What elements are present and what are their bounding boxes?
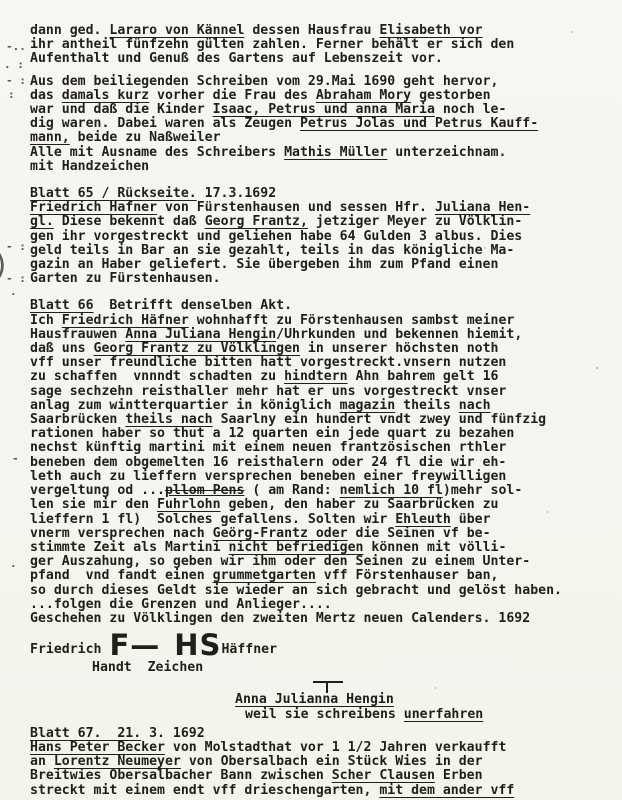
text-line: gen ihr vorgestreckt und geliehen habe 6…: [30, 230, 606, 244]
text-line: mann, beide zu Naßweiler: [30, 131, 606, 145]
handmark-cross-icon: [313, 681, 343, 683]
text-segment: vergeltung od ...: [30, 483, 165, 498]
signer-last-name: Häffner: [221, 643, 277, 658]
text-segment: Ahn bahrem gelt 16: [348, 369, 499, 384]
text-segment: zu schaffen vnnndt schadten zu: [30, 369, 284, 384]
text-segment: wohnhafft zu Förstenhausen sambst meiner: [189, 313, 515, 328]
text-segment: Breitwies Obersalbacher Bann zwischen: [30, 768, 332, 783]
text-segment: Diese bekennt daß: [54, 214, 205, 229]
text-line: sage sechzehn reisthaller mehr hat er un…: [30, 385, 606, 399]
text-segment: dessen Hausfrau: [244, 23, 379, 38]
text-segment: Aus dem beiliegenden Schreiben vom 29.Ma…: [30, 74, 498, 89]
underlined-text: Friedrich Häfner: [62, 313, 189, 328]
underlined-text: Friedrich Hafner: [30, 200, 157, 215]
text-line: stimmte Zeit als Martini nicht befriedig…: [30, 541, 606, 555]
text-segment: 3. 1692: [141, 726, 205, 741]
text-segment: gen ihr vorgestreckt und geliehen habe 6…: [30, 229, 522, 244]
text-segment: ger Auszahung, so geben wir ihm oder den…: [30, 554, 530, 569]
text-segment: geld teils in Bar an sie gezahlt, teils …: [30, 243, 514, 258]
signer-first-name: Friedrich: [30, 643, 101, 658]
text-line: Garten zu Fürstenhausen.: [30, 272, 606, 286]
text-line: Ich Friedrich Häfner wohnhafft zu Förste…: [30, 314, 606, 328]
text-segment: Hausfrauwen: [30, 327, 125, 342]
text-segment: 17.3.1692: [197, 186, 276, 201]
underlined-text: nach: [459, 398, 491, 413]
paragraph-schreiben-1690: Aus dem beiliegenden Schreiben vom 29.Ma…: [30, 75, 606, 174]
text-segment: die Seinen vf be-: [348, 526, 491, 541]
text-line: mit Handzeichen: [30, 160, 606, 174]
text-line: gazin an Haber geliefert. Sie übergeben …: [30, 258, 606, 272]
text-segment: pfand vnd fandt einen: [30, 568, 213, 583]
text-segment: anlag zum wintterquartier in königlich: [30, 398, 340, 413]
underlined-text: Anna Juliana Hengin: [125, 327, 276, 342]
text-segment: )mehr sol-: [443, 483, 522, 498]
signature-block: FriedrichF—HSHäffnerHandt ZeichenAnna Ju…: [30, 628, 606, 722]
underlined-text: Fuhrlohn: [157, 497, 221, 512]
text-line: so durch dieses Geldt sie wieder an sich…: [30, 584, 606, 598]
handmark-row: [30, 677, 606, 693]
text-segment: über: [451, 512, 491, 527]
text-segment: können mit völli-: [363, 540, 506, 555]
margin-mark: -: [12, 452, 19, 465]
text-segment: das: [30, 88, 62, 103]
text-segment: geben, den haber zu Saarbrücken zu: [221, 497, 499, 512]
text-segment: nechst künftig martini mit einem neuen f…: [30, 440, 506, 455]
text-line: streckt mit einem endt vff drieschengart…: [30, 784, 606, 798]
text-segment: ...folgen die Grenzen und Anlieger....: [30, 597, 332, 612]
text-segment: noch le-: [435, 102, 506, 117]
underlined-text: Isaac, Petrus und anna Maria: [213, 102, 435, 117]
text-line: lieffern 1 fl) Solches gefallens. Solten…: [30, 513, 606, 527]
margin-mark: ·: [10, 560, 17, 573]
underlined-text: damals kurz: [62, 88, 149, 103]
text-line: gl. Diese bekennt daß Georg Frantz, jetz…: [30, 215, 606, 229]
underlined-text: Georg Frantz zu Völklingen: [94, 341, 300, 356]
text-line: Aufenthalt und Genuß des Gartens auf Leb…: [30, 52, 606, 66]
witness-note: weil sie schreibens unerfahren: [245, 708, 606, 722]
underlined-text: Lararo von Kännel: [109, 23, 244, 38]
text-line: das damals kurz vorher die Frau des Abra…: [30, 89, 606, 103]
text-segment: dann ged.: [30, 23, 109, 38]
document-page: -... :- ::- :)- :·-· dann ged. Lararo vo…: [0, 0, 622, 800]
text-segment: gazin an Haber geliefert. Sie übergeben …: [30, 257, 498, 272]
margin-mark: -..: [6, 40, 26, 53]
underlined-text: Blatt 65 / Rückseite.: [30, 186, 197, 201]
underlined-text: mann,: [30, 130, 70, 145]
underlined-text: unerfahren: [404, 707, 483, 722]
text-segment: gestorben: [411, 88, 490, 103]
text-line: nechst künftig martini mit einem neuen f…: [30, 441, 606, 455]
text-segment: in unserer höchsten noth: [300, 341, 499, 356]
text-segment: beide zu Naßweiler: [70, 130, 221, 145]
margin-mark: - :: [6, 272, 26, 285]
underlined-text: Georg Frantz,: [205, 214, 308, 229]
margin-mark: - :: [6, 74, 26, 87]
text-segment: so durch dieses Geldt sie wieder an sich…: [30, 583, 562, 598]
text-segment: war und daß die Kinder: [30, 102, 213, 117]
text-segment: Erben: [435, 768, 483, 783]
text-line: Breitwies Obersalbacher Bann zwischen Sc…: [30, 769, 606, 783]
text-segment: /Uhrkunden und bekennen hiemit,: [276, 327, 522, 342]
text-line: len sie mir den Fuhrlohn geben, den habe…: [30, 498, 606, 512]
text-line: Hans Peter Becker von Molstadthat vor 1 …: [30, 741, 606, 755]
underlined-text: Geörg-Frantz oder: [213, 526, 348, 541]
handmark-initial-f: F—: [109, 632, 160, 658]
text-line: Blatt 67. 21. 3. 1692: [30, 727, 606, 741]
underlined-text: Ehleuth: [395, 512, 451, 527]
text-segment: Saarbrücken: [30, 412, 125, 427]
underlined-text: Abraham Mory: [316, 88, 411, 103]
underlined-text: Mathis Müller: [284, 145, 387, 160]
underlined-text: nicht befriedigen: [229, 540, 364, 555]
text-segment: dig waren. Dabei waren als Zeugen: [30, 116, 300, 131]
text-segment: von Fürstenhausen und sessen Hfr.: [157, 200, 435, 215]
text-line: Geschehen zu Völklingen den zweiten Mert…: [30, 612, 606, 626]
text-segment: beneben dem obgemelten 16 reisthalern od…: [30, 455, 506, 470]
text-segment: ( am Rand:: [244, 483, 339, 498]
underlined-text: Blatt 67. 21.: [30, 726, 141, 741]
text-segment: len sie mir den: [30, 497, 157, 512]
text-segment: jetziger Meyer zu Völklin-: [308, 214, 522, 229]
underlined-text: Scher Clausen: [332, 768, 435, 783]
text-segment: weil sie schreibens: [245, 707, 404, 722]
underlined-text: Blatt 66: [30, 298, 94, 313]
text-line: leth auch zu lieffern versprechen benebe…: [30, 470, 606, 484]
signature-line: FriedrichF—HSHäffner: [30, 628, 606, 658]
text-line: zu schaffen vnnndt schadten zu hindtern …: [30, 370, 606, 384]
section-blatt-67: Blatt 67. 21. 3. 1692Hans Peter Becker v…: [30, 727, 606, 798]
struck-text: pllom Pens: [165, 483, 244, 498]
text-segment: daß uns: [30, 341, 94, 356]
text-line: pfand vnd fandt einen grummetgarten vff …: [30, 569, 606, 583]
underlined-text: magazin: [340, 398, 396, 413]
underlined-text: nemlich 10 fl: [340, 483, 443, 498]
text-line: geld teils in Bar an sie gezahlt, teils …: [30, 244, 606, 258]
text-line: beneben dem obgemelten 16 reisthalern od…: [30, 456, 606, 470]
text-segment: sage sechzehn reisthaller mehr hat er un…: [30, 384, 506, 399]
text-segment: theils: [395, 398, 459, 413]
underlined-text: Elisabeth vor: [379, 23, 482, 38]
underlined-text: Petrus Jolas und Petrus Kauff-: [300, 116, 538, 131]
text-line: anlag zum wintterquartier in königlich m…: [30, 399, 606, 413]
text-segment: Garten zu Fürstenhausen.: [30, 271, 221, 286]
margin-mark: ·: [10, 288, 17, 301]
underlined-text: gl.: [30, 214, 54, 229]
text-segment: an: [30, 754, 54, 769]
text-segment: Aufenthalt und Genuß des Gartens auf Leb…: [30, 51, 443, 66]
text-line: ...folgen die Grenzen und Anlieger....: [30, 598, 606, 612]
section-blatt-66: Blatt 66 Betrifft denselben Akt.Ich Frie…: [30, 299, 606, 626]
text-segment: stimmte Zeit als Martini: [30, 540, 229, 555]
margin-mark: . :: [4, 58, 24, 71]
text-segment: ihr antheil fünfzehn gülten zahlen. Fern…: [30, 37, 514, 52]
underlined-text: mit dem ander vff: [379, 783, 514, 798]
text-segment: vnerm versprechen nach: [30, 526, 213, 541]
text-line: Hausfrauwen Anna Juliana Hengin/Uhrkunde…: [30, 328, 606, 342]
underlined-text: Hans Peter Becker: [30, 740, 165, 755]
text-segment: Ich: [30, 313, 62, 328]
underlined-text: grummetgarten: [213, 568, 316, 583]
section-blatt-65: Blatt 65 / Rückseite. 17.3.1692Friedrich…: [30, 187, 606, 286]
text-segment: leth auch zu lieffern versprechen benebe…: [30, 469, 506, 484]
witness-name: Anna Julianna Hengin: [235, 693, 606, 707]
text-segment: Geschehen zu Völklingen den zweiten Mert…: [30, 611, 530, 626]
document-content: dann ged. Lararo von Kännel dessen Hausf…: [30, 24, 606, 798]
text-segment: unterzeichnam.: [387, 145, 506, 160]
text-segment: Alle mit Ausname des Schreibers: [30, 145, 284, 160]
text-segment: Saarlny ein hundert vndt zwey und fünfzi…: [213, 412, 546, 427]
text-line: vnerm versprechen nach Geörg-Frantz oder…: [30, 527, 606, 541]
text-line: Aus dem beiliegenden Schreiben vom 29.Ma…: [30, 75, 606, 89]
text-line: Alle mit Ausname des Schreibers Mathis M…: [30, 146, 606, 160]
paragraph-kannel: dann ged. Lararo von Kännel dessen Hausf…: [30, 24, 606, 67]
text-segment: Betrifft denselben Akt.: [94, 298, 293, 313]
handmark-initials-hs: HS: [174, 632, 221, 658]
text-segment: streckt mit einem endt vff drieschengart…: [30, 783, 379, 798]
underlined-text: Lorentz Neumeyer: [54, 754, 181, 769]
underlined-text: hindtern: [284, 369, 348, 384]
handmark-caption: Handt Zeichen: [92, 661, 606, 675]
text-line: Blatt 66 Betrifft denselben Akt.: [30, 299, 606, 313]
underlined-text: theils nach: [125, 412, 212, 427]
underlined-text: Juliana Hen-: [435, 200, 530, 215]
text-segment: von Obersalbach ein Stück Wies in der: [181, 754, 483, 769]
text-segment: mit Handzeichen: [30, 159, 149, 174]
underlined-text: Anna Julianna Hengin: [235, 692, 394, 707]
text-segment: vff Förstenhauser ban,: [316, 568, 499, 583]
text-segment: lieffern 1 fl) Solches gefallens. Solten…: [30, 512, 395, 527]
text-segment: von Molstadthat vor 1 1/2 Jahren verkauf…: [165, 740, 506, 755]
margin-mark: :: [8, 88, 15, 101]
text-segment: vorher die Frau des: [149, 88, 316, 103]
